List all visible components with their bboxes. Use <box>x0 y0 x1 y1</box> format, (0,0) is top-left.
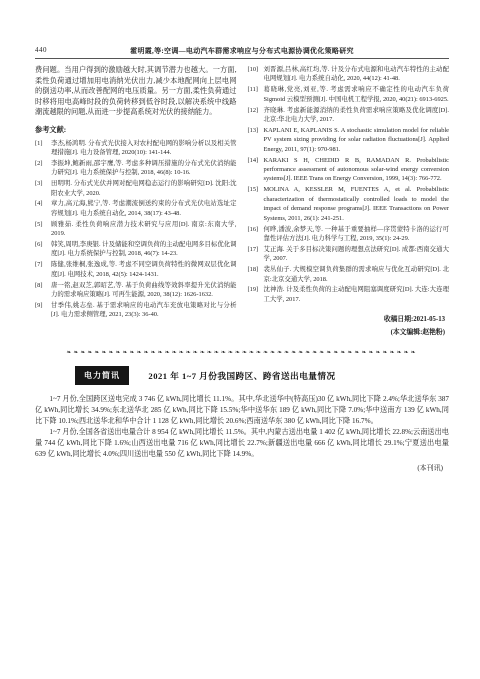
reference-text: 李杰,杨鸿明. 分布式光伏接入对农村配电网的影响分析以及相关管理措施[J]. 电… <box>51 139 237 158</box>
reference-item: [8] 唐一铭,赵双芝,郭昭艺,等. 基于负荷曲线等效斜率提升光伏消纳能力的需求… <box>35 281 237 300</box>
news-badge: 电力简讯 <box>75 366 129 385</box>
reference-text: 齐晓琳. 考虑新能源消纳的柔性负荷需求响应策略及优化调度[D]. 北京:华北电力… <box>264 106 450 125</box>
reference-item: [14] KARAKI S H, CHEDID R B, RAMADAN R. … <box>248 156 450 184</box>
body-paragraph: 费问题。当用户得到的激励越大时,其调节潜力也越大。一方面,柔性负荷通过增加用电消… <box>35 65 237 118</box>
reference-number: [14] <box>248 156 264 184</box>
reference-number: [12] <box>248 106 264 125</box>
page-content: 440 霍明霞,等:空调—电动汽车群需求响应与分布式电源协调优化策略研究 费问题… <box>35 46 449 473</box>
reference-text: KAPLANI E, KAPLANIS S. A stochastic simu… <box>264 126 450 154</box>
reference-text: 田明明. 分布式光伏并网对配电网稳态运行的影响研究[D]. 沈阳:沈阳农业大学,… <box>51 179 237 198</box>
reference-item: [9] 甘季伟,姚志垒. 基于需求响应的电动汽车充放电策略对比与分析[J]. 电… <box>35 301 237 320</box>
reference-text: 甘季伟,姚志垒. 基于需求响应的电动汽车充放电策略对比与分析[J]. 电力需求侧… <box>51 301 237 320</box>
reference-number: [8] <box>35 281 51 300</box>
reference-item: [15] MOLINA A, KESSLER M, FUENTES A, et … <box>248 185 450 223</box>
news-body: 1~7 月份,全国跨区送电完成 3 746 亿 kWh,同比增长 11.1%。其… <box>35 394 449 473</box>
reference-number: [3] <box>35 179 51 198</box>
news-paragraph: 1~7 月份,全国各省送出电量合计 8 954 亿 kWh,同比增长 11.5%… <box>35 427 449 460</box>
page-number: 440 <box>35 46 47 54</box>
running-title: 霍明霞,等:空调—电动汽车群需求响应与分布式电源协调优化策略研究 <box>35 46 449 56</box>
reference-item: [19] 沈神浩. 计及柔性负荷的主动配电网阻塞调度研究[D]. 大连:大连理工… <box>248 285 450 304</box>
reference-text: 顾雅茹. 柔性负荷响应潜力技术研究与应用[D]. 南京:东南大学, 2019. <box>51 220 237 239</box>
page-header: 440 霍明霞,等:空调—电动汽车群需求响应与分布式电源协调优化策略研究 <box>35 46 449 58</box>
reference-number: [15] <box>248 185 264 223</box>
reference-text: 李振坤,鲍新雨,邵宇鹰,等. 考虑多种调压措施的分布式光伏消纳能力研究[J]. … <box>51 159 237 178</box>
journal-page: 440 霍明霞,等:空调—电动汽车群需求响应与分布式电源协调优化策略研究 费问题… <box>0 0 480 679</box>
header-rule <box>35 58 449 59</box>
reference-text: 唐一铭,赵双芝,郭昭艺,等. 基于负荷曲线等效斜率提升光伏消纳能力的需求响应策略… <box>51 281 237 300</box>
reference-item: [16] 何晔,潘波,余梦天,等. 一种基于重要抽样—序贯蒙特卡洛的运行可靠性评… <box>248 225 450 244</box>
reference-number: [6] <box>35 240 51 259</box>
reference-item: [10] 刘晋源,吕林,高红均,等. 计及分布式电源和电动汽车特性的主动配电网规… <box>248 65 450 84</box>
reference-number: [18] <box>248 265 264 284</box>
left-column: 费问题。当用户得到的激励越大时,其调节潜力也越大。一方面,柔性负荷通过增加用电消… <box>35 65 237 336</box>
news-header: 电力简讯 2021 年 1~7 月份我国跨区、跨省送出电量情况 <box>35 366 449 386</box>
right-column: [10] 刘晋源,吕林,高红均,等. 计及分布式电源和电动汽车特性的主动配电网规… <box>248 65 450 336</box>
reference-item: [11] 葛晓琳,党亮,刘亚,等. 考虑需求响应不确定性的电动汽车负荷 Sigm… <box>248 85 450 104</box>
reference-text: 刘晋源,吕林,高红均,等. 计及分布式电源和电动汽车特性的主动配电网规划[J].… <box>264 65 450 84</box>
reference-item: [13] KAPLANI E, KAPLANIS S. A stochastic… <box>248 126 450 154</box>
editor-note: (本文编辑:赵艳粉) <box>248 326 450 336</box>
reference-text: 葛晓琳,党亮,刘亚,等. 考虑需求响应不确定性的电动汽车负荷 Sigmoid 云… <box>264 85 450 104</box>
reference-item: [18] 裴丛仙子. 大规模空调负荷集群的需求响应与优化互动研究[D]. 北京:… <box>248 265 450 284</box>
reference-number: [7] <box>35 260 51 279</box>
reference-number: [5] <box>35 220 51 239</box>
reference-item: [2] 李振坤,鲍新雨,邵宇鹰,等. 考虑多种调压措施的分布式光伏消纳能力研究[… <box>35 159 237 178</box>
reference-text: 裴丛仙子. 大规模空调负荷集群的需求响应与优化互动研究[D]. 北京:北京交通大… <box>264 265 450 284</box>
reference-text: 艾正海. 关于多目标决策问题的理想点法研究[D]. 成都:西南交通大学, 200… <box>264 245 450 264</box>
two-column-body: 费问题。当用户得到的激励越大时,其调节潜力也越大。一方面,柔性负荷通过增加用电消… <box>35 65 449 336</box>
received-date: 收稿日期:2021-05-13 <box>248 313 450 323</box>
ornament-divider: ❧❧❧❧❧❧❧❧❧❧❧❧❧❧❧❧❧❧❧❧❧❧❧❧❧❧❧❧❧❧❧❧❧❧❧❧❧❧❧❧… <box>35 349 449 356</box>
reference-item: [3] 田明明. 分布式光伏并网对配电网稳态运行的影响研究[D]. 沈阳:沈阳农… <box>35 179 237 198</box>
reference-number: [9] <box>35 301 51 320</box>
reference-text: 沈神浩. 计及柔性负荷的主动配电网阻塞调度研究[D]. 大连:大连理工大学, 2… <box>264 285 450 304</box>
reference-item: [6] 韩笑,周明,李庚银. 计及储能和空调负荷的主动配电网多目标优化调度[J]… <box>35 240 237 259</box>
reference-item: [4] 章力,高元海,熊宁,等. 考虑潮流倒送约束的分布式光伏电站选址定容规划[… <box>35 199 237 218</box>
reference-item: [1] 李杰,杨鸿明. 分布式光伏接入对农村配电网的影响分析以及相关管理措施[J… <box>35 139 237 158</box>
reference-number: [11] <box>248 85 264 104</box>
reference-item: [7] 陈健,张维桐,张逸成,等. 考虑不同空调负荷特性的微网双层优化调度[J]… <box>35 260 237 279</box>
reference-text: 何晔,潘波,余梦天,等. 一种基于重要抽样—序贯蒙特卡洛的运行可靠性评估方法[J… <box>264 225 450 244</box>
news-paragraph: 1~7 月份,全国跨区送电完成 3 746 亿 kWh,同比增长 11.1%。其… <box>35 394 449 427</box>
reference-number: [1] <box>35 139 51 158</box>
reference-item: [5] 顾雅茹. 柔性负荷响应潜力技术研究与应用[D]. 南京:东南大学, 20… <box>35 220 237 239</box>
reference-number: [4] <box>35 199 51 218</box>
reference-number: [17] <box>248 245 264 264</box>
reference-number: [16] <box>248 225 264 244</box>
news-byline: (本刊讯) <box>35 463 449 473</box>
reference-number: [10] <box>248 65 264 84</box>
references-heading: 参考文献: <box>35 125 237 135</box>
reference-item: [17] 艾正海. 关于多目标决策问题的理想点法研究[D]. 成都:西南交通大学… <box>248 245 450 264</box>
news-section: 电力简讯 2021 年 1~7 月份我国跨区、跨省送出电量情况 1~7 月份,全… <box>35 366 449 473</box>
reference-number: [13] <box>248 126 264 154</box>
reference-text: 陈健,张维桐,张逸成,等. 考虑不同空调负荷特性的微网双层优化调度[J]. 电网… <box>51 260 237 279</box>
reference-item: [12] 齐晓琳. 考虑新能源消纳的柔性负荷需求响应策略及优化调度[D]. 北京… <box>248 106 450 125</box>
reference-text: MOLINA A, KESSLER M, FUENTES A, et al. P… <box>264 185 450 223</box>
reference-number: [19] <box>248 285 264 304</box>
reference-number: [2] <box>35 159 51 178</box>
reference-text: KARAKI S H, CHEDID R B, RAMADAN R. Proba… <box>264 156 450 184</box>
reference-text: 韩笑,周明,李庚银. 计及储能和空调负荷的主动配电网多目标优化调度[J]. 电力… <box>51 240 237 259</box>
reference-text: 章力,高元海,熊宁,等. 考虑潮流倒送约束的分布式光伏电站选址定容规划[J]. … <box>51 199 237 218</box>
